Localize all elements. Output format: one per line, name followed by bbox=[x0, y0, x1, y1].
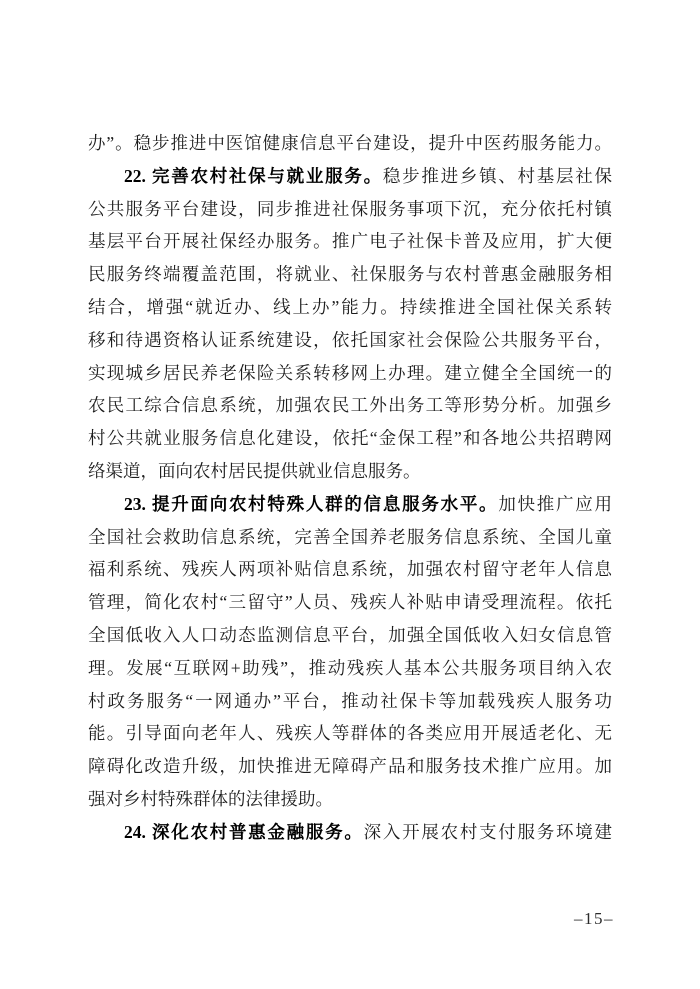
document-page: 办”。稳步推进中医馆健康信息平台建设，提升中医药服务能力。22. 完善农村社保与… bbox=[0, 0, 700, 989]
paragraph-text: 加快推广应用 bbox=[498, 494, 612, 514]
text-line: 实现城乡居民养老保险关系转移网上办理。建立健全全国统一的 bbox=[88, 357, 612, 390]
paragraph-text: 深入开展农村支付服务环境建 bbox=[364, 822, 612, 842]
paragraph-text: 移和待遇资格认证系统建设，依托国家社会保险公共服务平台， bbox=[88, 330, 612, 350]
paragraph-text: 民服务终端覆盖范围，将就业、社保服务与农村普惠金融服务相 bbox=[88, 264, 612, 284]
paragraph-text: 结合，增强“就近办、线上办”能力。持续推进全国社保关系转 bbox=[88, 297, 612, 317]
paragraph-text: 村政务服务“一网通办”平台，推动社保卡等加载残疾人服务功 bbox=[88, 691, 612, 711]
paragraph-text: 农民工综合信息系统，加强农民工外出务工等形势分析。加强乡 bbox=[88, 395, 612, 415]
text-line: 能。引导面向老年人、残疾人等群体的各类应用开展适老化、无 bbox=[88, 717, 612, 750]
text-line: 民服务终端覆盖范围，将就业、社保服务与农村普惠金融服务相 bbox=[88, 258, 612, 291]
text-line: 障碍化改造升级，加快推进无障碍产品和服务技术推广应用。加 bbox=[88, 750, 612, 783]
text-line: 福利系统、残疾人两项补贴信息系统，加强农村留守老年人信息 bbox=[88, 553, 612, 586]
paragraph-text: 全国低收入人口动态监测信息平台，加强全国低收入妇女信息管 bbox=[88, 625, 612, 645]
paragraph-text: 理。发展“互联网+助残”，推动残疾人基本公共服务项目纳入农 bbox=[88, 658, 612, 678]
text-line: 基层平台开展社保经办服务。推广电子社保卡普及应用，扩大便 bbox=[88, 225, 612, 258]
text-line: 22. 完善农村社保与就业服务。稳步推进乡镇、村基层社保 bbox=[88, 160, 612, 193]
text-line: 络渠道，面向农村居民提供就业信息服务。 bbox=[88, 455, 612, 488]
text-line: 理。发展“互联网+助残”，推动残疾人基本公共服务项目纳入农 bbox=[88, 652, 612, 685]
paragraph-text: 公共服务平台建设，同步推进社保服务事项下沉，充分依托村镇 bbox=[88, 199, 612, 219]
paragraph-text: 能。引导面向老年人、残疾人等群体的各类应用开展适老化、无 bbox=[88, 723, 612, 743]
paragraph-text: 村公共就业服务信息化建设，依托“金保工程”和各地公共招聘网 bbox=[88, 428, 612, 448]
text-line: 办”。稳步推进中医馆健康信息平台建设，提升中医药服务能力。 bbox=[88, 127, 612, 160]
text-line: 强对乡村特殊群体的法律援助。 bbox=[88, 783, 612, 816]
paragraph-text: 全国社会救助信息系统，完善全国养老服务信息系统、全国儿童 bbox=[88, 527, 612, 547]
paragraph-heading: 22. 完善农村社保与就业服务。 bbox=[124, 166, 383, 186]
text-line: 23. 提升面向农村特殊人群的信息服务水平。加快推广应用 bbox=[88, 488, 612, 521]
text-line: 全国社会救助信息系统，完善全国养老服务信息系统、全国儿童 bbox=[88, 521, 612, 554]
page-number: –15– bbox=[574, 909, 614, 929]
text-line: 村公共就业服务信息化建设，依托“金保工程”和各地公共招聘网 bbox=[88, 422, 612, 455]
paragraph-text: 稳步推进乡镇、村基层社保 bbox=[383, 166, 612, 186]
paragraph-text: 络渠道，面向农村居民提供就业信息服务。 bbox=[88, 461, 421, 481]
text-block: 办”。稳步推进中医馆健康信息平台建设，提升中医药服务能力。22. 完善农村社保与… bbox=[88, 127, 612, 849]
paragraph-heading: 23. 提升面向农村特殊人群的信息服务水平。 bbox=[124, 494, 498, 514]
text-line: 24. 深化农村普惠金融服务。深入开展农村支付服务环境建 bbox=[88, 816, 612, 849]
paragraph-text: 强对乡村特殊群体的法律援助。 bbox=[88, 789, 333, 809]
text-line: 移和待遇资格认证系统建设，依托国家社会保险公共服务平台， bbox=[88, 324, 612, 357]
paragraph-heading: 24. 深化农村普惠金融服务。 bbox=[124, 822, 364, 842]
paragraph-text: 福利系统、残疾人两项补贴信息系统，加强农村留守老年人信息 bbox=[88, 559, 612, 579]
text-line: 公共服务平台建设，同步推进社保服务事项下沉，充分依托村镇 bbox=[88, 193, 612, 226]
text-line: 管理，简化农村“三留守”人员、残疾人补贴申请受理流程。依托 bbox=[88, 586, 612, 619]
paragraph-text: 办”。稳步推进中医馆健康信息平台建设，提升中医药服务能力。 bbox=[88, 133, 612, 153]
paragraph-text: 障碍化改造升级，加快推进无障碍产品和服务技术推广应用。加 bbox=[88, 756, 612, 776]
text-line: 村政务服务“一网通办”平台，推动社保卡等加载残疾人服务功 bbox=[88, 685, 612, 718]
paragraph-text: 管理，简化农村“三留守”人员、残疾人补贴申请受理流程。依托 bbox=[88, 592, 612, 612]
text-line: 结合，增强“就近办、线上办”能力。持续推进全国社保关系转 bbox=[88, 291, 612, 324]
paragraph-text: 基层平台开展社保经办服务。推广电子社保卡普及应用，扩大便 bbox=[88, 231, 612, 251]
text-line: 全国低收入人口动态监测信息平台，加强全国低收入妇女信息管 bbox=[88, 619, 612, 652]
text-line: 农民工综合信息系统，加强农民工外出务工等形势分析。加强乡 bbox=[88, 389, 612, 422]
paragraph-text: 实现城乡居民养老保险关系转移网上办理。建立健全全国统一的 bbox=[88, 363, 612, 383]
